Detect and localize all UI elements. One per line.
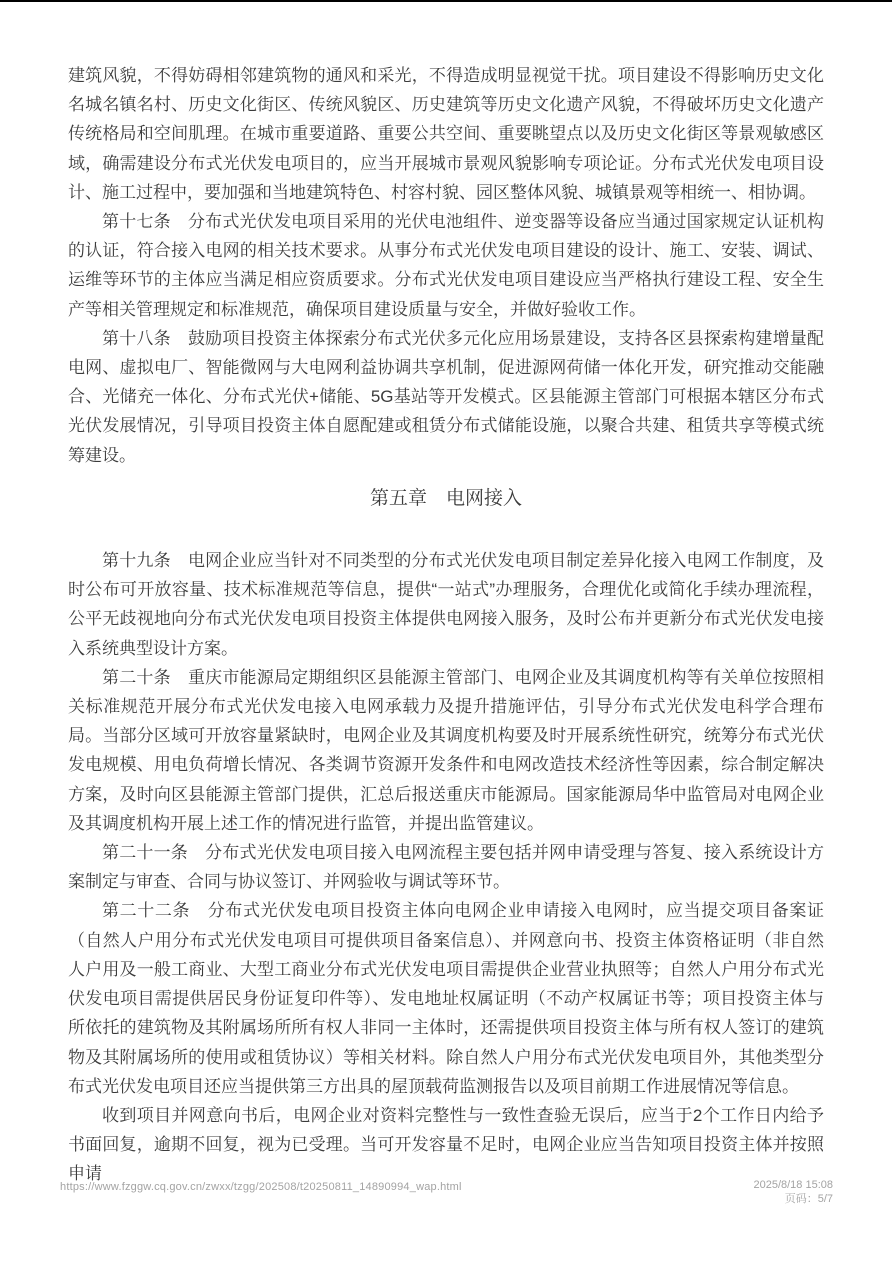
paragraph-article-21: 第二十一条 分布式光伏发电项目接入电网流程主要包括并网申请受理与答复、接入系统设…	[68, 838, 824, 896]
footer-datetime: 2025/8/18 15:08	[753, 1179, 833, 1193]
footer-meta: 2025/8/18 15:08 页码：5/7	[753, 1179, 833, 1206]
footer-page-number: 页码：5/7	[753, 1193, 833, 1207]
paragraph-article-19: 第十九条 电网企业应当针对不同类型的分布式光伏发电项目制定差异化接入电网工作制度…	[68, 546, 824, 663]
footer-source-url: https://www.fzggw.cq.gov.cn/zwxx/tzgg/20…	[60, 1181, 462, 1194]
paragraph-article-18: 第十八条 鼓励项目投资主体探索分布式光伏多元化应用场景建设，支持各区县探索构建增…	[68, 324, 824, 470]
page-top-edge	[0, 0, 892, 2]
document-page: 建筑风貌，不得妨碍相邻建筑物的通风和采光，不得造成明显视觉干扰。项目建设不得影响…	[0, 0, 892, 1262]
paragraph-continuation: 建筑风貌，不得妨碍相邻建筑物的通风和采光，不得造成明显视觉干扰。项目建设不得影响…	[68, 61, 824, 207]
paragraph-closing: 收到项目并网意向书后，电网企业对资料完整性与一致性查验无误后，应当于2个工作日内…	[68, 1101, 824, 1189]
paragraph-article-17: 第十七条 分布式光伏发电项目采用的光伏电池组件、逆变器等设备应当通过国家规定认证…	[68, 207, 824, 324]
chapter-heading: 第五章 电网接入	[68, 484, 824, 513]
paragraph-article-22: 第二十二条 分布式光伏发电项目投资主体向电网企业申请接入电网时，应当提交项目备案…	[68, 896, 824, 1100]
document-body: 建筑风貌，不得妨碍相邻建筑物的通风和采光，不得造成明显视觉干扰。项目建设不得影响…	[68, 61, 824, 1189]
paragraph-article-20: 第二十条 重庆市能源局定期组织区县能源主管部门、电网企业及其调度机构等有关单位按…	[68, 663, 824, 838]
